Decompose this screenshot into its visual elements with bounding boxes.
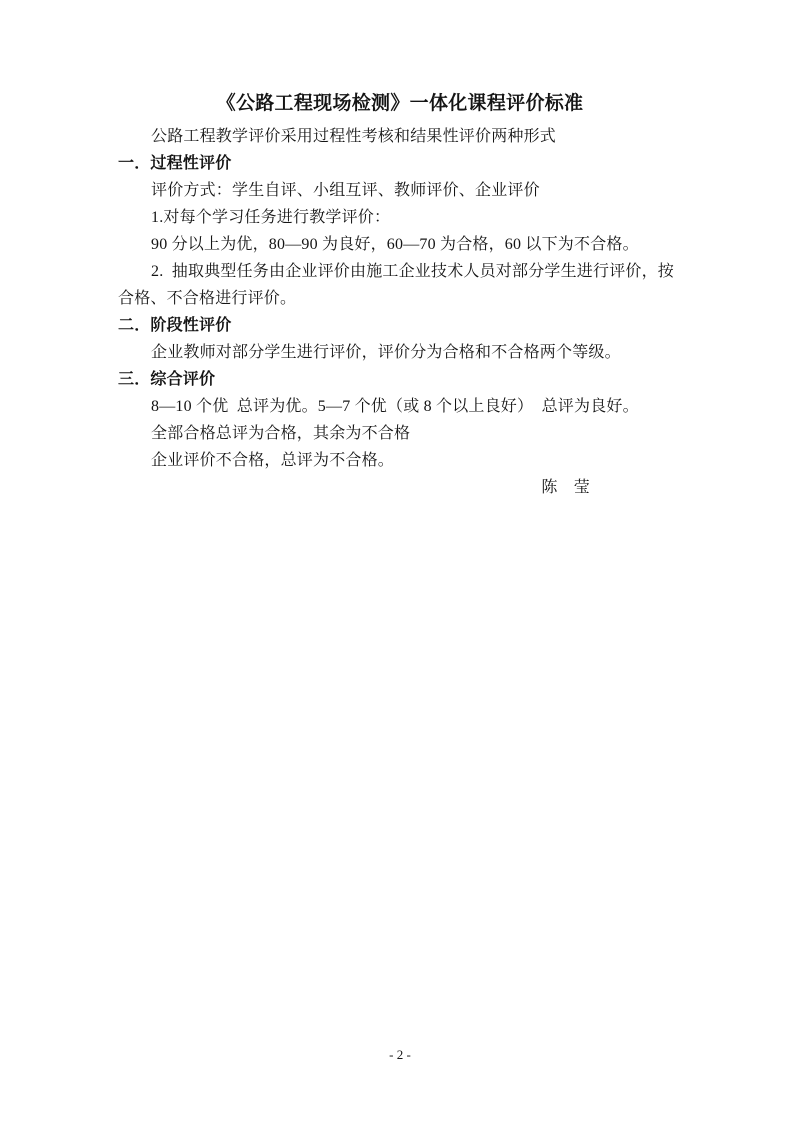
section-1-line-4: 2. 抽取典型任务由企业评价由施工企业技术人员对部分学生进行评价，按 — [118, 258, 682, 285]
section-1-line-5: 合格、不合格进行评价。 — [118, 285, 682, 312]
document-title: 《公路工程现场检测》一体化课程评价标准 — [118, 90, 682, 118]
section-3-heading: 三．综合评价 — [118, 366, 682, 393]
intro-paragraph: 公路工程教学评价采用过程性考核和结果性评价两种形式 — [118, 123, 682, 150]
section-2-heading: 二．阶段性评价 — [118, 312, 682, 339]
section-1-line-3: 90 分以上为优，80—90 为良好，60—70 为合格，60 以下为不合格。 — [118, 231, 682, 258]
section-3-line-1: 8—10 个优 总评为优。5—7 个优（或 8 个以上良好） 总评为良好。 — [118, 393, 682, 420]
document-page: 《公路工程现场检测》一体化课程评价标准 公路工程教学评价采用过程性考核和结果性评… — [0, 0, 800, 1131]
section-1-heading: 一．过程性评价 — [118, 150, 682, 177]
section-1-line-1: 评价方式：学生自评、小组互评、教师评价、企业评价 — [118, 177, 682, 204]
document-content: 《公路工程现场检测》一体化课程评价标准 公路工程教学评价采用过程性考核和结果性评… — [118, 90, 682, 501]
section-1-line-2: 1.对每个学习任务进行教学评价： — [118, 204, 682, 231]
page-number: - 2 - — [0, 1046, 800, 1064]
section-3-line-2: 全部合格总评为合格，其余为不合格 — [118, 420, 682, 447]
section-2-line-1: 企业教师对部分学生进行评价，评价分为合格和不合格两个等级。 — [118, 339, 682, 366]
signature-name: 陈 莹 — [118, 474, 682, 501]
section-3-line-3: 企业评价不合格，总评为不合格。 — [118, 447, 682, 474]
